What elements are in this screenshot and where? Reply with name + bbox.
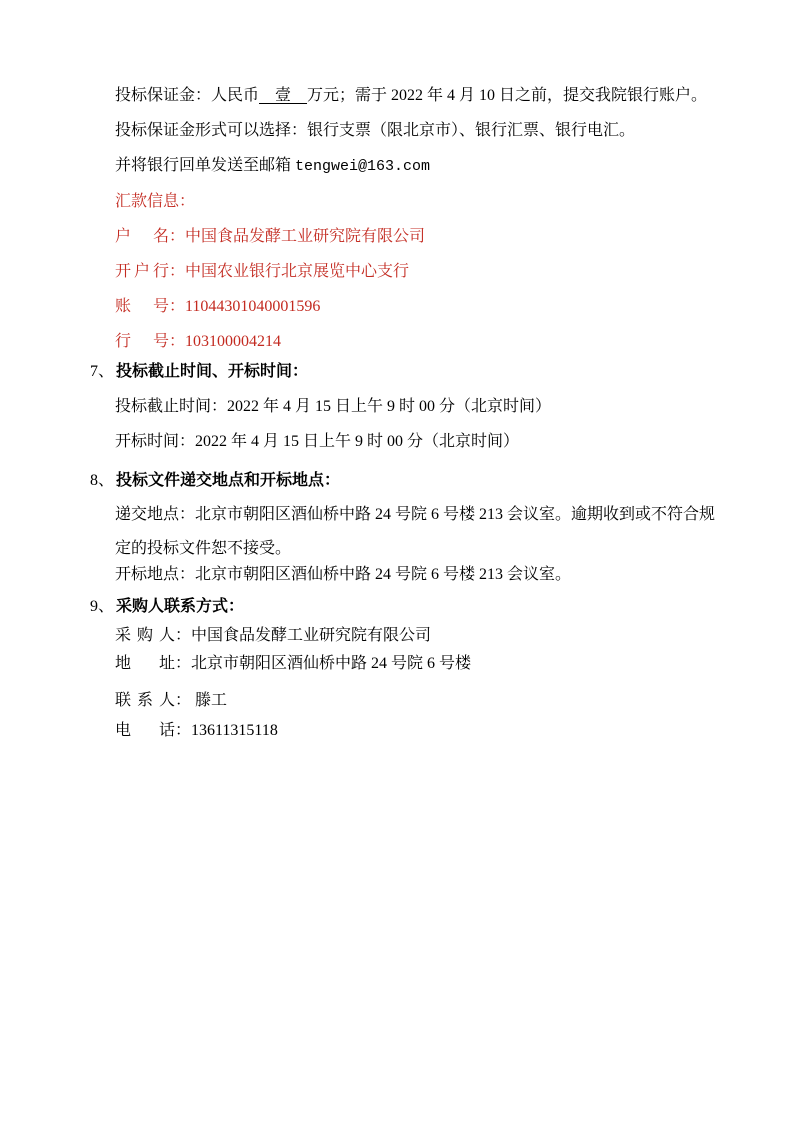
deposit-amount-prefix: 投标保证金：人民币	[115, 87, 259, 104]
account-number-value: 11044301040001596	[185, 298, 320, 315]
section-8-heading: 8、投标文件递交地点和开标地点：	[90, 463, 730, 498]
bid-deadline-line: 投标截止时间：2022 年 4 月 15 日上午 9 时 00 分（北京时间）	[115, 389, 730, 424]
receipt-email-line: 并将银行回单发送至邮箱 tengwei@163.com	[115, 148, 730, 184]
section-8-title: 投标文件递交地点和开标地点：	[116, 472, 340, 489]
section-8-number: 8、	[90, 463, 116, 498]
colon: ：	[175, 627, 191, 644]
deposit-amount-suffix: 万元；需于 2022 年 4 月 10 日之前，提交我院银行账户。	[307, 87, 707, 104]
remittance-row-account-name: 户 名：中国食品发酵工业研究院有限公司	[115, 219, 730, 254]
email-text: tengwei@163.com	[295, 158, 430, 175]
bank-value: 中国农业银行北京展览中心支行	[185, 263, 409, 280]
account-name-label: 户 名	[115, 219, 169, 254]
contact-person-row: 联 系 人： 滕工	[115, 687, 730, 715]
colon: ：	[169, 263, 185, 280]
deposit-amount-line: 投标保证金：人民币 壹 万元；需于 2022 年 4 月 10 日之前，提交我院…	[115, 78, 730, 113]
deposit-amount-underlined: 壹	[259, 87, 307, 104]
colon: ：	[169, 298, 185, 315]
opening-location-line: 开标地点：北京市朝阳区酒仙桥中路 24 号院 6 号楼 213 会议室。	[115, 558, 730, 592]
delivery-location-paragraph: 递交地点：北京市朝阳区酒仙桥中路 24 号院 6 号楼 213 会议室。逾期收到…	[115, 498, 730, 566]
section-9-number: 9、	[90, 589, 116, 624]
purchaser-row: 采 购 人：中国食品发酵工业研究院有限公司	[115, 622, 730, 650]
document-page: 投标保证金：人民币 壹 万元；需于 2022 年 4 月 10 日之前，提交我院…	[0, 0, 794, 1123]
address-row: 地 址：北京市朝阳区酒仙桥中路 24 号院 6 号楼	[115, 650, 730, 678]
bank-number-value: 103100004214	[185, 333, 281, 350]
remittance-title: 汇款信息：	[115, 184, 730, 219]
section-9-title: 采购人联系方式：	[116, 598, 244, 615]
address-label: 地 址	[115, 650, 175, 678]
contact-person-label: 联 系 人	[115, 687, 175, 715]
bid-opening-time-line: 开标时间：2022 年 4 月 15 日上午 9 时 00 分（北京时间）	[115, 424, 730, 459]
receipt-email-prefix: 并将银行回单发送至邮箱	[115, 157, 295, 174]
section-7-title: 投标截止时间、开标时间：	[116, 363, 308, 380]
account-name-value: 中国食品发酵工业研究院有限公司	[185, 228, 425, 245]
address-value: 北京市朝阳区酒仙桥中路 24 号院 6 号楼	[191, 655, 471, 672]
colon: ：	[175, 692, 191, 709]
purchaser-label: 采 购 人	[115, 622, 175, 650]
phone-row: 电 话：13611315118	[115, 717, 730, 745]
colon: ：	[169, 333, 185, 350]
section-7-number: 7、	[90, 354, 116, 389]
contact-person-value: 滕工	[191, 692, 227, 709]
bank-label: 开户行	[115, 254, 169, 289]
colon: ：	[175, 655, 191, 672]
phone-value: 13611315118	[191, 722, 278, 739]
deposit-form-line: 投标保证金形式可以选择：银行支票（限北京市）、银行汇票、银行电汇。	[115, 113, 730, 148]
section-7-heading: 7、投标截止时间、开标时间：	[90, 354, 730, 389]
section-9-heading: 9、采购人联系方式：	[90, 589, 730, 624]
remittance-row-account-number: 账 号：11044301040001596	[115, 289, 730, 324]
purchaser-value: 中国食品发酵工业研究院有限公司	[191, 627, 431, 644]
phone-label: 电 话	[115, 717, 175, 745]
colon: ：	[175, 722, 191, 739]
account-number-label: 账 号	[115, 289, 169, 324]
remittance-row-bank: 开户行：中国农业银行北京展览中心支行	[115, 254, 730, 289]
colon: ：	[169, 228, 185, 245]
